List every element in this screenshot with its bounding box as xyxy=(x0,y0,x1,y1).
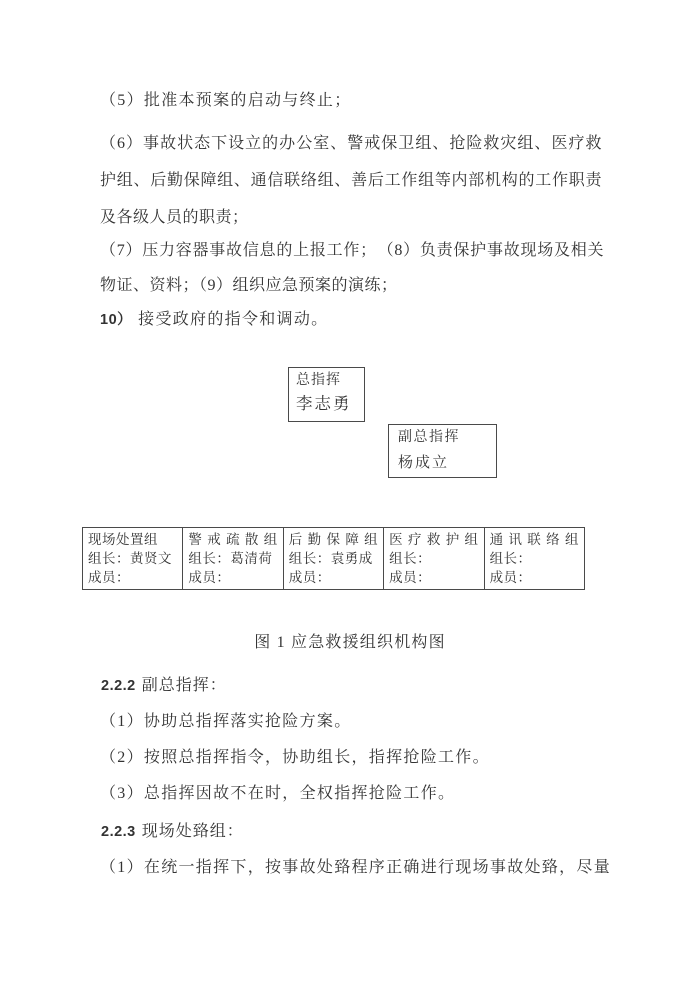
group-cell-onsite-disposal: 现场处置组 组长：黄贤文 成员： xyxy=(83,528,183,590)
section-heading-2-2-2: 2.2.2副总指挥： xyxy=(101,671,227,701)
table-row: 现场处置组 组长：黄贤文 成员： 警戒疏散组 组长：葛清荷 成员： 后勤保障组 … xyxy=(83,528,585,590)
item-10-number: 10） xyxy=(100,312,132,328)
section-title: 副总指挥： xyxy=(142,677,227,694)
section-2-2-3-item-1: （1）在统一指挥下，按事故处臵程序正确进行现场事故处臵，尽量 xyxy=(100,853,611,883)
group-leader: 组长： xyxy=(490,549,579,568)
group-leader: 组长：黄贤文 xyxy=(88,549,177,568)
chief-commander-box: 总指挥 李志勇 xyxy=(288,367,365,422)
group-cell-medical-rescue: 医疗救护组 组长： 成员： xyxy=(384,528,484,590)
paragraph-item-5: （5）批准本预案的启动与终止； xyxy=(100,86,352,116)
group-name: 后勤保障组 xyxy=(289,530,378,549)
section-heading-2-2-3: 2.2.3现场处臵组： xyxy=(101,817,244,847)
response-groups-table: 现场处置组 组长：黄贤文 成员： 警戒疏散组 组长：葛清荷 成员： 后勤保障组 … xyxy=(82,527,585,590)
group-name: 通讯联络组 xyxy=(490,530,579,549)
paragraph-items-7-8-9: （7）压力容器事故信息的上报工作； （8）负责保护事故现场及相关物证、资料；（9… xyxy=(100,233,604,303)
group-leader: 组长：袁勇成 xyxy=(289,549,378,568)
section-2-2-2-item-3: （3）总指挥因故不在时，全权指挥抢险工作。 xyxy=(100,779,455,809)
group-members: 成员： xyxy=(389,568,478,587)
figure-caption: 图 1 应急救援组织机构图 xyxy=(0,628,700,658)
group-cell-alert-evacuation: 警戒疏散组 组长：葛清荷 成员： xyxy=(183,528,283,590)
deputy-commander-title: 副总指挥 xyxy=(398,429,487,446)
paragraph-item-10: 10）接受政府的指令和调动。 xyxy=(100,305,328,335)
group-members: 成员： xyxy=(289,568,378,587)
chief-commander-title: 总指挥 xyxy=(296,371,357,390)
group-name: 现场处置组 xyxy=(88,530,177,549)
group-members: 成员： xyxy=(188,568,277,587)
section-2-2-2-item-2: （2）按照总指挥指令，协助组长，指挥抢险工作。 xyxy=(100,743,490,773)
section-number: 2.2.2 xyxy=(101,678,136,694)
document-page: （5）批准本预案的启动与终止； （6）事故状态下设立的办公室、警戒保卫组、抢险救… xyxy=(0,0,700,990)
group-cell-communication-liaison: 通讯联络组 组长： 成员： xyxy=(484,528,584,590)
group-name: 医疗救护组 xyxy=(389,530,478,549)
deputy-commander-box: 副总指挥 杨成立 xyxy=(388,424,497,478)
deputy-commander-name: 杨成立 xyxy=(398,455,487,472)
group-members: 成员： xyxy=(88,568,177,587)
group-members: 成员： xyxy=(490,568,579,587)
item-10-text: 接受政府的指令和调动。 xyxy=(138,311,328,328)
group-leader: 组长： xyxy=(389,549,478,568)
section-title: 现场处臵组： xyxy=(142,823,244,840)
group-name: 警戒疏散组 xyxy=(188,530,277,549)
paragraph-item-6: （6）事故状态下设立的办公室、警戒保卫组、抢险救灾组、医疗救护组、后勤保障组、通… xyxy=(100,125,602,236)
section-2-2-2-item-1: （1）协助总指挥落实抢险方案。 xyxy=(100,707,352,737)
section-number: 2.2.3 xyxy=(101,824,136,840)
group-leader: 组长：葛清荷 xyxy=(188,549,277,568)
group-cell-logistics-support: 后勤保障组 组长：袁勇成 成员： xyxy=(283,528,383,590)
chief-commander-name: 李志勇 xyxy=(296,392,357,416)
